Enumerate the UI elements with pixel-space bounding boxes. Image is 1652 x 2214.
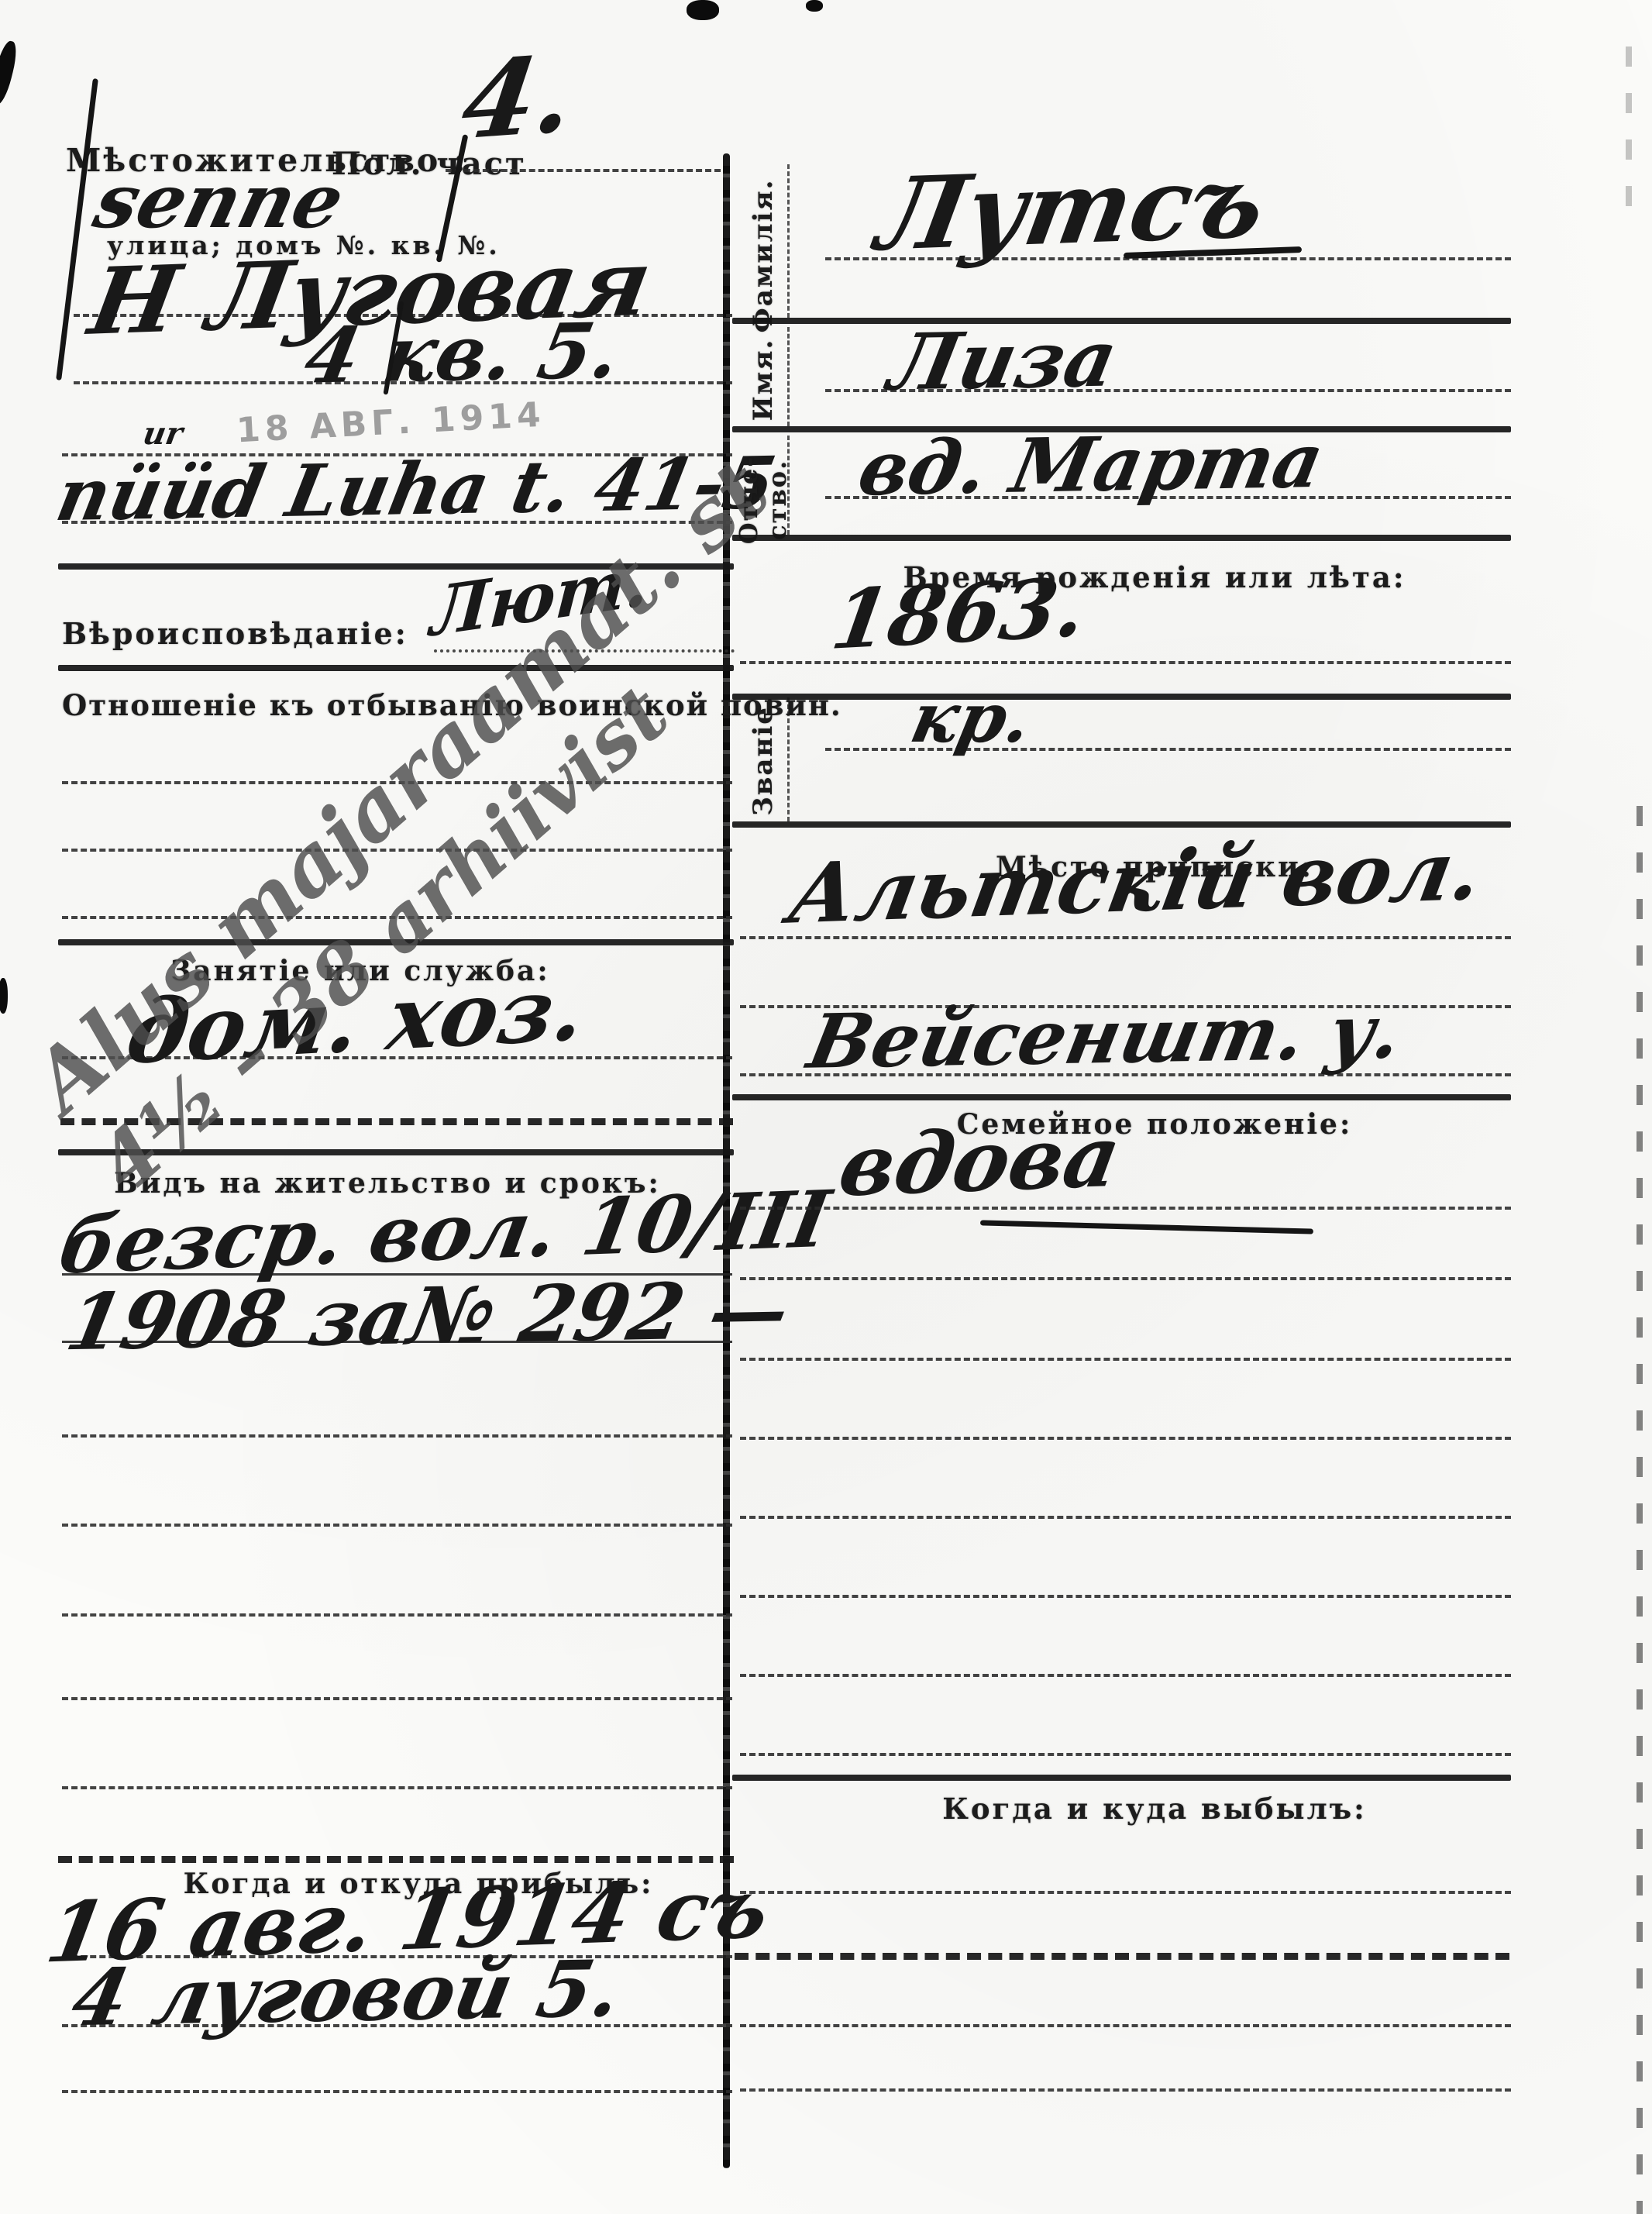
patronymic-label: Отче- ство.	[735, 438, 792, 562]
section-rule	[732, 1094, 1511, 1100]
house-apartment-handwriting: 4 кв. 5.	[298, 313, 626, 394]
ruled-line	[740, 1891, 1511, 1894]
ruled-line	[740, 1516, 1511, 1519]
label-box-border	[787, 327, 790, 426]
family-value-handwriting: вдова	[834, 1114, 1127, 1208]
scan-edge-shadow	[1626, 46, 1632, 217]
scan-speck	[0, 978, 8, 1014]
section-rule	[732, 694, 1511, 700]
scan-speck	[687, 0, 719, 20]
pen-flourish	[980, 1220, 1313, 1234]
margin-note-handwriting: ur	[140, 418, 184, 449]
ruled-line	[735, 1953, 1509, 1960]
ruled-line	[62, 1434, 732, 1438]
departure-label: Когда и куда выбылъ:	[806, 1792, 1503, 1826]
ruled-line	[62, 2090, 732, 2093]
ruled-line	[740, 2088, 1511, 2092]
ruled-line	[740, 1753, 1511, 1756]
ruled-line	[740, 1277, 1511, 1280]
permit-value-handwriting-line2: 1908 за№ 292 —	[60, 1271, 795, 1362]
arrival-value-handwriting-line2: 4 луговой 5.	[66, 1950, 627, 2037]
location-handwriting: senne	[88, 164, 351, 239]
firstname-value-handwriting: Лиза	[883, 319, 1123, 401]
ruled-line	[62, 1786, 732, 1789]
rank-label: Званіе.	[748, 694, 779, 818]
surname-label: Фамилія.	[748, 174, 779, 337]
firstname-label: Имя.	[748, 329, 779, 430]
ruled-line	[740, 1437, 1511, 1440]
rank-value-handwriting: кр.	[906, 683, 1038, 752]
surname-value-handwriting: Лутсъ	[871, 152, 1273, 265]
ruled-line	[740, 1595, 1511, 1598]
ruled-line	[446, 169, 721, 172]
ruled-line	[740, 1358, 1511, 1361]
scan-speck	[806, 0, 823, 12]
registration-card-scan: Мѣстожительство : Пол. част улица; домъ …	[0, 0, 1652, 2214]
ruled-line	[740, 1674, 1511, 1677]
ruled-line	[740, 2024, 1511, 2027]
police-part-value-handwriting: 4.	[456, 40, 580, 154]
registration-value-handwriting-line2: Вейсеншт. у.	[803, 994, 1408, 1079]
patronymic-value-handwriting: вд. Марта	[853, 424, 1330, 507]
section-rule	[58, 665, 734, 671]
label-box-border	[787, 164, 790, 318]
scan-edge-shadow	[1637, 806, 1643, 2214]
birth-value-handwriting: 1863.	[827, 566, 1092, 661]
section-rule	[732, 1775, 1511, 1781]
ruled-line	[62, 1697, 732, 1700]
religion-label: Вѣроисповѣданіе:	[62, 616, 408, 651]
ruled-line	[62, 1524, 732, 1527]
section-rule	[732, 535, 1511, 541]
date-stamp: 18 АВГ. 1914	[236, 395, 546, 451]
ruled-line	[62, 1613, 732, 1617]
scan-speck	[0, 40, 20, 107]
registration-value-handwriting-line1: Альтскій вол.	[783, 828, 1489, 935]
section-rule	[58, 1856, 734, 1863]
